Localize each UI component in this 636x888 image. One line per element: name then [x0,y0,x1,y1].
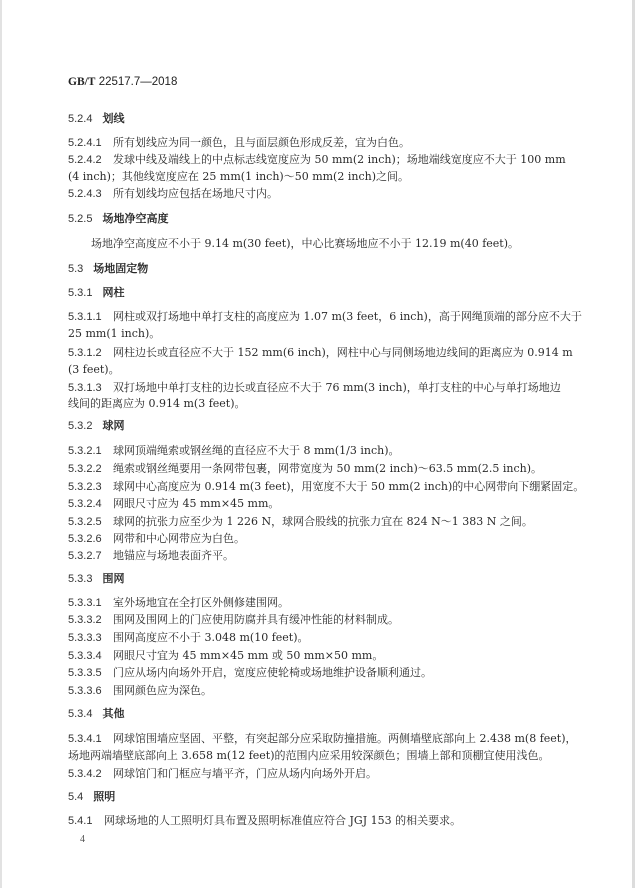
clause-5-3-1-1: 5.3.1.1网柱或双打场地中单打支柱的高度应为 1.07 m(3 feet，6… [68,310,582,324]
standard-prefix: GB/T [68,76,95,88]
clause-number: 5.3.1.3 [68,381,113,395]
clause-5-2-4-3: 5.2.4.3所有划线均应包括在场地尺寸内。 [68,187,278,201]
clause-5-3-1-3: 5.3.1.3双打场地中单打支柱的边长或直径应不大于 76 mm(3 inch)… [68,381,561,395]
clause-5-3-2-7: 5.3.2.7地锚应与场地表面齐平。 [68,549,234,563]
clause-number: 5.3.3.6 [68,684,113,698]
clause-text: 网球场地的人工照明灯具布置及照明标准值应符合 JGJ 153 的相关要求。 [104,814,461,827]
clause-number: 5.3.3.4 [68,649,113,663]
clause-text: 球网中心高度应为 0.914 m(3 feet)，用宽度不大于 50 mm(2 … [113,480,584,493]
clause-5-3-2-4: 5.3.2.4网眼尺寸应为 45 mm×45 mm。 [68,497,279,511]
standard-number: 22517.7—2018 [99,76,178,88]
clause-5-3-3-4: 5.3.3.4网眼尺寸宜为 45 mm×45 mm 或 50 mm×50 mm。 [68,649,383,663]
clause-text: 门应从场内向场外开启，宽度应使轮椅或场地维护设备顺利通过。 [113,666,432,679]
clause-number: 5.3.2.6 [68,532,113,546]
clause-number: 5.3.4.1 [68,732,113,746]
clause-number: 5.3.1.1 [68,310,113,324]
clause-text: 网带和中心网带应为白色。 [113,532,245,545]
clause-5-3-2-1: 5.3.2.1球网顶端绳索或钢丝绳的直径应不大于 8 mm(1/3 inch)。 [68,444,399,458]
section-title: 照明 [93,790,115,803]
clause-text: 网柱或双打场地中单打支柱的高度应为 1.07 m(3 feet，6 inch)，… [113,310,582,323]
clause-text: 围网颜色应为深色。 [113,684,212,697]
section-title: 围网 [102,572,124,585]
section-title: 场地固定物 [93,262,148,275]
clause-number: 5.3.2.5 [68,515,113,529]
clause-number: 5.3.2.3 [68,480,113,494]
clause-number: 5.4.1 [68,814,104,828]
section-heading-5-3: 5.3场地固定物 [68,262,148,276]
clause-5-3-2-3: 5.3.2.3球网中心高度应为 0.914 m(3 feet)，用宽度不大于 5… [68,480,584,494]
section-number: 5.2.4 [68,112,92,126]
clause-text: 地锚应与场地表面齐平。 [113,549,234,562]
section-number: 5.2.5 [68,212,92,226]
section-title: 网柱 [102,286,124,299]
section-title: 其他 [102,707,124,720]
clause-5-3-3-6: 5.3.3.6围网颜色应为深色。 [68,684,212,698]
clause-text: 室外场地宜在全打区外侧修建围网。 [113,596,289,609]
section-heading-5-2-4: 5.2.4划线 [68,112,124,126]
clause-number: 5.3.1.2 [68,346,113,360]
clause-5-3-2-6: 5.3.2.6网带和中心网带应为白色。 [68,532,245,546]
clause-text: 发球中线及端线上的中点标志线宽度应为 50 mm(2 inch)；场地端线宽度应… [113,153,566,166]
clause-text: 所有划线均应包括在场地尺寸内。 [113,187,278,200]
clause-5-2-4-2-continued: (4 inch)；其他线宽度应在 25 mm(1 inch)～50 mm(2 i… [68,170,409,184]
clause-text: 所有划线应为同一颜色，且与面层颜色形成反差，宜为白色。 [113,136,410,149]
clause-number: 5.2.4.3 [68,187,113,201]
clause-5-3-2-5: 5.3.2.5球网的抗张力应至少为 1 226 N，球网合股线的抗张力宜在 82… [68,515,533,529]
section-5-2-5-body: 场地净空高度应不小于 9.14 m(30 feet)，中心比赛场地应不小于 12… [91,237,519,251]
section-number: 5.3.1 [68,286,92,300]
clause-5-3-4-2: 5.3.4.2网球馆门和门框应与墙平齐，门应从场内向场外开启。 [68,767,377,781]
clause-number: 5.3.3.5 [68,666,113,680]
section-title: 场地净空高度 [102,212,168,225]
section-number: 5.3.2 [68,419,92,433]
section-heading-5-3-4: 5.3.4其他 [68,707,124,721]
standard-number-header: GB/T 22517.7—2018 [68,76,177,88]
clause-number: 5.3.2.4 [68,497,113,511]
clause-text: 围网高度应不小于 3.048 m(10 feet)。 [113,631,309,644]
clause-number: 5.2.4.2 [68,153,113,167]
page-number: 4 [80,834,85,845]
clause-5-3-2-2: 5.3.2.2绳索或钢丝绳要用一条网带包裹，网带宽度为 50 mm(2 inch… [68,462,542,476]
clause-5-3-3-1: 5.3.3.1室外场地宜在全打区外侧修建围网。 [68,596,289,610]
clause-text: 球网顶端绳索或钢丝绳的直径应不大于 8 mm(1/3 inch)。 [113,444,399,457]
clause-text: 网眼尺寸宜为 45 mm×45 mm 或 50 mm×50 mm。 [113,649,383,662]
clause-5-3-4-1-continued: 场地两端墙壁底部向上 3.658 m(12 feet)的范围内应采用较深颜色；围… [68,749,550,763]
section-heading-5-2-5: 5.2.5场地净空高度 [68,212,168,226]
clause-number: 5.3.2.7 [68,549,113,563]
clause-text: 网眼尺寸应为 45 mm×45 mm。 [113,497,279,510]
section-number: 5.3 [68,262,83,276]
clause-text: 绳索或钢丝绳要用一条网带包裹，网带宽度为 50 mm(2 inch)～63.5 … [113,462,542,475]
clause-text: 网球馆门和门框应与墙平齐，门应从场内向场外开启。 [113,767,377,780]
clause-5-3-3-3: 5.3.3.3围网高度应不小于 3.048 m(10 feet)。 [68,631,309,645]
section-number: 5.3.4 [68,707,92,721]
clause-5-3-1-1-continued: 25 mm(1 inch)。 [68,327,160,341]
clause-text: 球网的抗张力应至少为 1 226 N，球网合股线的抗张力宜在 824 N～1 3… [113,515,533,528]
clause-number: 5.3.2.2 [68,462,113,476]
clause-number: 5.3.3.2 [68,613,113,627]
section-heading-5-3-1: 5.3.1网柱 [68,286,124,300]
clause-5-3-3-2: 5.3.3.2围网及围网上的门应使用防腐并具有缓冲性能的材料制成。 [68,613,399,627]
clause-text: 网柱边长或直径应不大于 152 mm(6 inch)，网柱中心与同侧场地边线间的… [113,346,573,359]
clause-5-3-4-1: 5.3.4.1网球馆围墙应坚固、平整，有突起部分应采取防撞措施。两侧墙壁底部向上… [68,732,577,746]
clause-5-4-1: 5.4.1网球场地的人工照明灯具布置及照明标准值应符合 JGJ 153 的相关要… [68,814,461,828]
clause-number: 5.3.3.3 [68,631,113,645]
clause-number: 5.2.4.1 [68,136,113,150]
clause-text: 围网及围网上的门应使用防腐并具有缓冲性能的材料制成。 [113,613,399,626]
section-heading-5-3-2: 5.3.2球网 [68,419,124,433]
page-edge-right [632,0,635,888]
clause-text: 网球馆围墙应坚固、平整，有突起部分应采取防撞措施。两侧墙壁底部向上 2.438 … [113,732,577,745]
section-number: 5.3.3 [68,572,92,586]
section-number: 5.4 [68,790,83,804]
page-edge-left [0,0,2,888]
section-heading-5-3-3: 5.3.3围网 [68,572,124,586]
section-title: 划线 [102,112,124,125]
section-title: 球网 [102,419,124,432]
clause-number: 5.3.4.2 [68,767,113,781]
clause-5-3-1-2: 5.3.1.2网柱边长或直径应不大于 152 mm(6 inch)，网柱中心与同… [68,346,573,360]
clause-5-3-1-3-continued: 线间的距离应为 0.914 m(3 feet)。 [68,397,246,411]
clause-number: 5.3.3.1 [68,596,113,610]
clause-text: 双打场地中单打支柱的边长或直径应不大于 76 mm(3 inch)，单打支柱的中… [113,381,561,394]
section-heading-5-4: 5.4照明 [68,790,115,804]
clause-number: 5.3.2.1 [68,444,113,458]
clause-5-2-4-1: 5.2.4.1所有划线应为同一颜色，且与面层颜色形成反差，宜为白色。 [68,136,410,150]
clause-5-3-3-5: 5.3.3.5门应从场内向场外开启，宽度应使轮椅或场地维护设备顺利通过。 [68,666,432,680]
clause-5-3-1-2-continued: (3 feet)。 [68,363,120,377]
clause-5-2-4-2: 5.2.4.2发球中线及端线上的中点标志线宽度应为 50 mm(2 inch)；… [68,153,566,167]
